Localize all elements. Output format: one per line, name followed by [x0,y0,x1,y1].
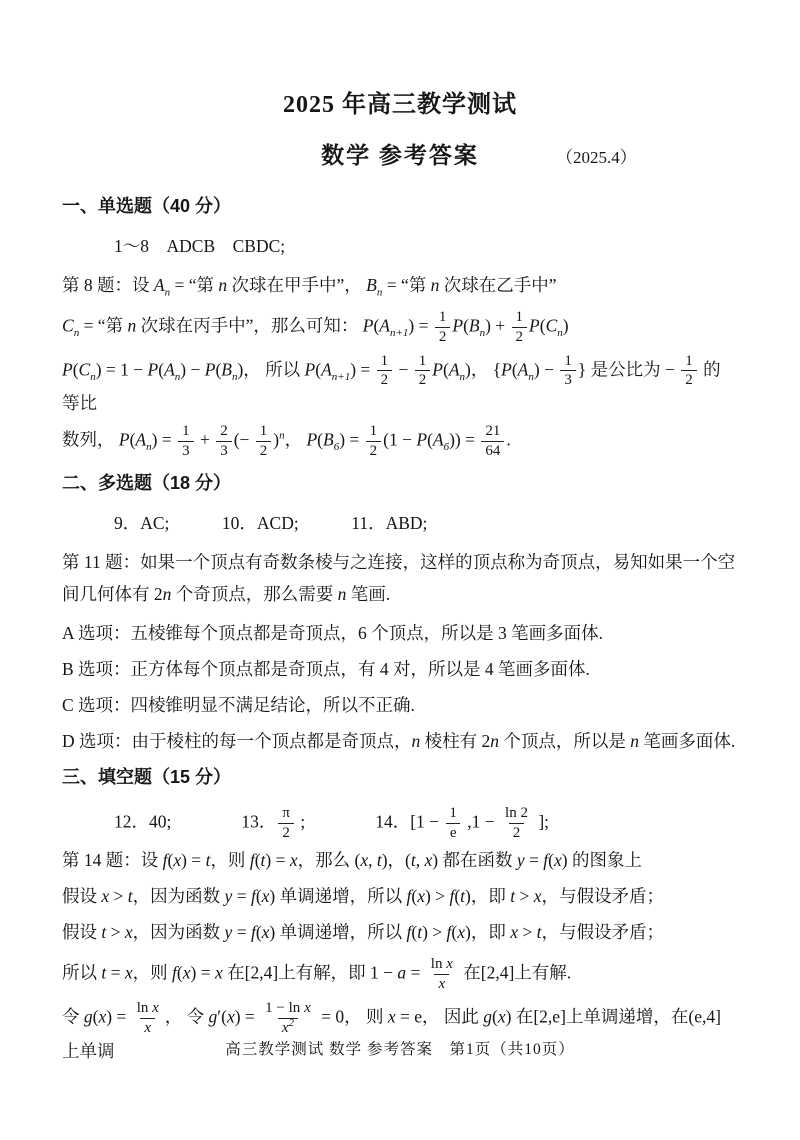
fraction: 1e [445,805,461,842]
answer-key-page: 2025 年高三教学测试 数学 参考答案 （2025.4） 一、单选题（40 分… [0,0,800,1140]
subject-subtitle: 数学 参考答案 [321,143,479,168]
q11-option-b-explanation: B 选项：正方体每个顶点都是奇顶点，有 4 对，所以是 4 笔画多面体. [62,656,738,683]
fraction: 12 [512,309,528,346]
exam-date: （2025.4） [556,143,637,168]
fraction: 12 [366,423,382,460]
q11-option-d-explanation: D 选项：由于棱柱的每一个顶点都是奇顶点，n 棱柱有 2n 个顶点，所以是 n … [62,728,738,755]
q14-explanation-line-2: 假设 x > t，因为函数 y = f(x) 单调递增，所以 f(x) > f(… [62,883,738,910]
section-fill-blank-heading: 三、填空题（15 分） [62,764,738,790]
fraction: ln 22 [501,805,532,842]
fraction: ln xx [133,1000,163,1037]
fraction: 13 [178,423,194,460]
q11-explanation-line-2: 间几何体有 2n 个奇顶点，那么需要 n 笔画. [62,581,738,608]
fraction: 12 [681,353,697,390]
single-choice-answers: 1～8 ADCB CBDC; [62,233,738,260]
q11-explanation-line-1: 第 11 题：如果一个顶点有奇数条棱与之连接，这样的顶点称为奇顶点，易知如果一个… [62,549,738,576]
q8-explanation-line-3: P(Cn) = 1 − P(An) − P(Bn)， 所以 P(An+1) = … [62,352,738,418]
q11-option-c-explanation: C 选项：四棱锥明显不满足结论，所以不正确. [62,692,738,719]
subtitle-row: 数学 参考答案 （2025.4） [62,137,738,169]
multiple-choice-answers: 9．AC; 10．ACD; 11．ABD; [62,510,738,537]
fraction: 12 [435,309,451,346]
fraction: 12 [256,423,272,460]
section-multiple-choice-heading: 二、多选题（18 分） [62,470,738,496]
fraction: 12 [377,353,393,390]
fraction: ln xx [427,956,457,993]
q14-explanation-line-4: 所以 t = x，则 f(x) = x 在[2,4]上有解，即 1 − a = … [62,955,738,994]
fraction: 13 [560,353,576,390]
q14-explanation-line-3: 假设 t > x，因为函数 y = f(x) 单调递增，所以 f(t) > f(… [62,919,738,946]
q14-explanation-line-1: 第 14 题：设 f(x) = t，则 f(t) = x，那么 (x, t)，(… [62,847,738,874]
page-footer: 高三教学测试 数学 参考答案 第1页（共10页） [0,1037,800,1059]
fraction: 2164 [481,423,504,460]
fraction: π2 [278,805,294,842]
fraction: 12 [415,353,431,390]
q11-option-a-explanation: A 选项：五棱锥每个顶点都是奇顶点，6 个顶点，所以是 3 笔画多面体. [62,620,738,647]
fraction: 1 − ln xx2 [261,1000,315,1037]
q8-explanation-line-1: 第 8 题：设 An = “第 n 次球在甲手中”， Bn = “第 n 次球在… [62,272,738,299]
fill-blank-answers: 12．40; 13．π2 ; 14．[1 − 1e ,1 − ln 22 ]; [62,804,738,843]
q8-explanation-line-4: 数列， P(An) = 13 + 23(− 12)n， P(B6) = 12(1… [62,422,738,461]
section-single-choice-heading: 一、单选题（40 分） [62,193,738,219]
q8-explanation-line-2: Cn = “第 n 次球在丙手中”，那么可知： P(An+1) = 12P(Bn… [62,308,738,347]
page-title: 2025 年高三教学测试 [62,84,738,119]
fraction: 23 [216,423,232,460]
